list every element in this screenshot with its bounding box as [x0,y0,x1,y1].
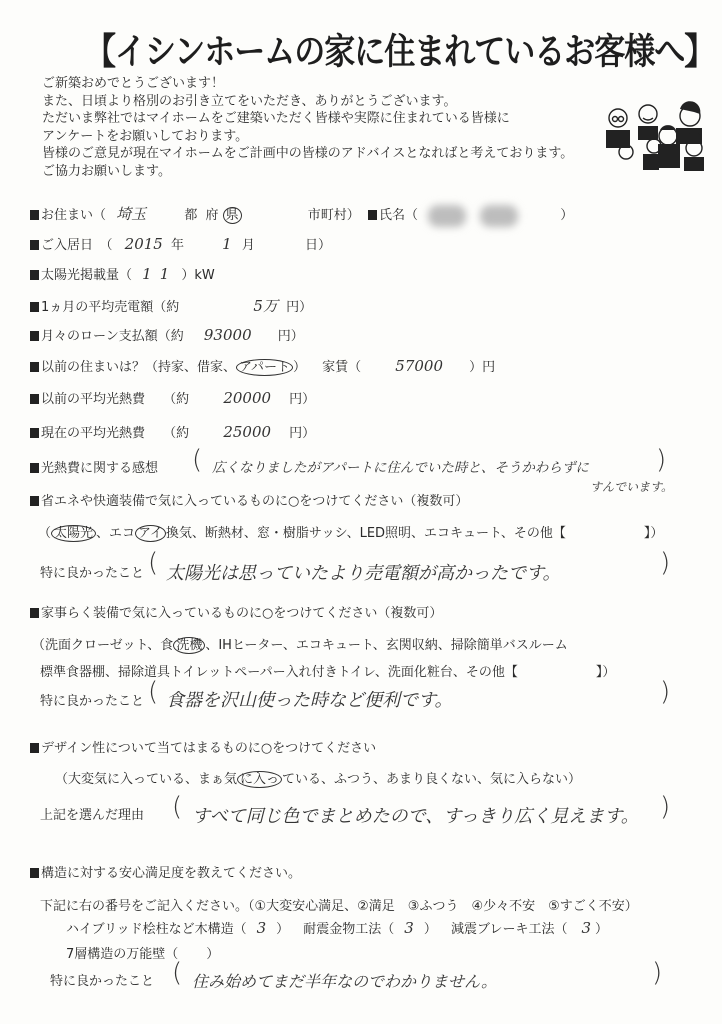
page-title: 【イシンホームの家に住まれているお客様へ】 [85,22,714,74]
name-redacted-blur [480,205,518,227]
option-dishwasher-circled[interactable]: 洗機 [173,637,205,654]
design-heading: デザイン性について当てはまるものに○をつけてください [30,737,376,756]
housework-options-line1: （洗面クローゼット、食洗機、IHヒーター、エコキュート、玄関収納、掃除簡単バスル… [32,634,568,653]
monthly-sale-input[interactable]: 5万 [253,297,278,315]
yen-unit: 円） [289,392,315,407]
seismic-hardware-label: 耐震金物工法（ [303,922,394,937]
month-input[interactable]: 1 [222,235,232,253]
rent-unit: ）円 [469,360,495,375]
city-suffix-label: 市町村） [308,208,360,223]
utility-impression-row: 光熱費に関する感想 [30,457,158,476]
bullet-square-icon [30,428,39,438]
previous-home-label: 以前の住まいは？（持家、借家、 [41,360,236,375]
solar-kw-input[interactable]: 11 [142,265,177,283]
damping-brake-label: 減震ブレーキ工法（ [451,922,567,937]
intro-line: アンケートをお願いしております。 [42,128,573,146]
yen-unit: 円） [289,426,315,441]
prefecture-input[interactable]: 埼玉 [116,205,146,223]
rent-label: 家賃（ [322,360,361,375]
ken-option-circled[interactable]: 県 [223,207,242,224]
option-somewhat-like-circled[interactable]: に入っ [237,771,282,788]
intro-line: ただいま弊社ではマイホームをご建築いただく皆様や実際に住まれている皆様に [42,110,573,128]
bullet-square-icon [30,270,39,280]
monthly-sale-label: 1ヵ月の平均売電額（約 [41,300,179,315]
bullet-square-icon [30,240,39,250]
curr-utility-row: 現在の平均光熱費 （約 25000 円） [30,422,315,441]
option-eco-prefix: 、エコ [96,526,135,541]
bullet-square-icon [30,743,39,753]
bullet-square-icon [30,331,39,341]
eco-heading: 省エネや快適装備で気に入っているものに○をつけてください（複数可） [30,490,468,509]
intro-line: ご協力お願いします。 [42,163,573,181]
prev-utility-label: 以前の平均光熱費 [41,392,145,407]
bullet-square-icon [368,210,377,220]
bracket-close: ） [560,208,573,223]
approx-label: （約 [163,426,189,441]
bracket-close: ） [595,922,608,937]
bracket-open: ( [148,677,158,707]
paren-open: （ [38,526,51,541]
loan-label: 月々のローン支払額（約 [41,329,184,344]
bracket-open: ( [192,445,202,475]
bracket-close: ) [660,792,670,822]
name-redacted-blur[interactable] [428,205,466,227]
bullet-square-icon [30,394,39,404]
yen-unit: 円） [278,329,304,344]
loan-row: 月々のローン支払額（約 93000 円） [30,325,304,344]
name-label: 氏名（ [379,208,418,223]
bracket-close: ） [424,922,437,937]
eco-options-rest: 換気、断熱材、窓・樹脂サッシ、LED照明、エコキュート、その他【 】） [166,526,664,541]
wood-structure-input[interactable]: 3 [257,919,267,937]
day-unit: 日） [305,238,331,253]
rent-input[interactable]: 57000 [395,357,443,375]
design-heading-text: デザイン性について当てはまるものに○をつけてください [41,741,376,756]
structure-items-line2: 7層構造の万能壁（） [66,943,219,962]
bullet-square-icon [30,463,39,473]
design-options-pre: （大変気に入っている、まぁ気 [55,772,237,787]
housework-options-pre: （洗面クローゼット、食 [32,638,173,653]
seismic-hardware-input[interactable]: 3 [404,919,414,937]
move-in-label: ご入居日 （ [41,238,113,253]
option-eco-ventilation-circled[interactable]: アイ [135,525,166,542]
solar-unit: ）kW [181,268,214,283]
eco-options: （太陽光、エコアイ換気、断熱材、窓・樹脂サッシ、LED照明、エコキュート、その他… [38,522,663,541]
eco-good-input[interactable]: 太陽光は思っていたより売電額が高かったです。 [166,559,561,585]
wood-structure-label: ハイブリッド桧柱など木構造（ [66,922,247,937]
eco-heading-text: 省エネや快適装備で気に入っているものに○をつけてください（複数可） [41,494,468,509]
solar-label: 太陽光掲載量（ [41,268,132,283]
housework-options-post: 、IHヒーター、エコキュート、玄関収納、掃除簡単バスルーム [205,638,567,653]
structure-good-label: 特に良かったこと [50,970,154,989]
bracket-open: ( [172,958,182,988]
residence-row: お住まい（ 埼玉 都 府 県 市町村） 氏名（ ） [30,203,573,227]
monthly-sale-row: 1ヵ月の平均売電額（約 5万 円） [30,295,312,316]
bracket-close: ) [652,958,662,988]
structure-items-line1: ハイブリッド桧柱など木構造（3） 耐震金物工法（3） 減震ブレーキ工法（3） [66,918,608,937]
design-reason-input[interactable]: すべて同じ色でまとめたので、すっきり広く見えます。 [192,802,639,828]
housework-options-line2: 標準食器棚、掃除道具トイレットペーパー入れ付きトイレ、洗面化粧台、その他【 】） [40,661,615,680]
yen-unit: 円） [286,300,312,315]
bracket-close: ) [656,445,666,475]
bracket-close: ） [206,947,219,962]
intro-line: ご新築おめでとうございます！ [42,75,573,93]
approx-label: （約 [163,392,189,407]
bullet-square-icon [30,868,39,878]
solar-row: 太陽光掲載量（ 11 ）kW [30,264,215,283]
year-unit: 年 [171,238,184,253]
design-options-post: ている、ふつう、あまり良くない、気に入らない） [282,772,581,787]
structure-heading-text: 構造に対する安心満足度を教えてください。 [41,866,301,881]
multi-wall-label: 7層構造の万能壁（ [66,947,178,962]
curr-utility-input[interactable]: 25000 [223,423,271,441]
to-option[interactable]: 都 [184,208,197,223]
prev-utility-input[interactable]: 20000 [223,389,271,407]
eco-good-label: 特に良かったこと [40,562,144,581]
housework-heading: 家事らく装備で気に入っているものに○をつけてください（複数可） [30,602,442,621]
bullet-square-icon [30,496,39,506]
bracket-close: ） [276,922,289,937]
option-solar-circled[interactable]: 太陽光 [51,525,96,542]
previous-home-row: 以前の住まいは？（持家、借家、アパート） 家賃（ 57000 ）円 [30,356,495,375]
month-unit: 月 [242,238,255,253]
damping-brake-input[interactable]: 3 [581,919,591,937]
housework-good-label: 特に良かったこと [40,690,144,709]
bracket-open: ( [172,792,182,822]
bullet-square-icon [30,608,39,618]
structure-heading: 構造に対する安心満足度を教えてください。 [30,862,301,881]
structure-instruction: 下記に右の番号をご記入ください。（①大変安心満足、②満足 ③ふつう ④少々不安 … [40,895,638,914]
intro-text: ご新築おめでとうございます！ また、日頃より格別のお引き立てをいただき、ありがと… [42,75,573,181]
bracket-open: ( [148,548,158,578]
utility-impression-input-line2[interactable]: すんでいます。 [590,478,673,495]
structure-good-input[interactable]: 住み始めてまだ半年なのでわかりません。 [192,969,497,992]
curr-utility-label: 現在の平均光熱費 [41,426,145,441]
prev-utility-row: 以前の平均光熱費 （約 20000 円） [30,388,315,407]
design-options: （大変気に入っている、まぁ気に入っている、ふつう、あまり良くない、気に入らない） [55,768,581,787]
bracket-close: ) [660,677,670,707]
family-illustration-icon [598,100,718,172]
move-in-row: ご入居日 （ 2015 年 1 月 日） [30,234,331,253]
intro-line: 皆様のご意見が現在マイホームをご計画中の皆様のアドバイスとなればと考えております… [42,145,573,163]
design-reason-label: 上記を選んだ理由 [40,804,144,823]
bullet-square-icon [30,362,39,372]
intro-line: また、日頃より格別のお引き立てをいただき、ありがとうございます。 [42,93,573,111]
residence-label: お住まい（ [41,208,106,223]
apartment-option-circled[interactable]: アパート [236,359,293,376]
housework-heading-text: 家事らく装備で気に入っているものに○をつけてください（複数可） [41,606,442,621]
bullet-square-icon [30,210,39,220]
utility-impression-label: 光熱費に関する感想 [41,461,158,476]
loan-input[interactable]: 93000 [204,326,252,344]
year-input[interactable]: 2015 [125,235,163,253]
housework-good-input[interactable]: 食器を沢山使った時など便利です。 [166,686,453,712]
bracket-close: ） [293,360,306,375]
utility-impression-input[interactable]: 広くなりましたがアパートに住んでいた時と、そうかわらずに [212,456,589,476]
fu-option[interactable]: 府 [205,208,218,223]
bullet-square-icon [30,302,39,312]
bracket-close: ) [660,548,670,578]
